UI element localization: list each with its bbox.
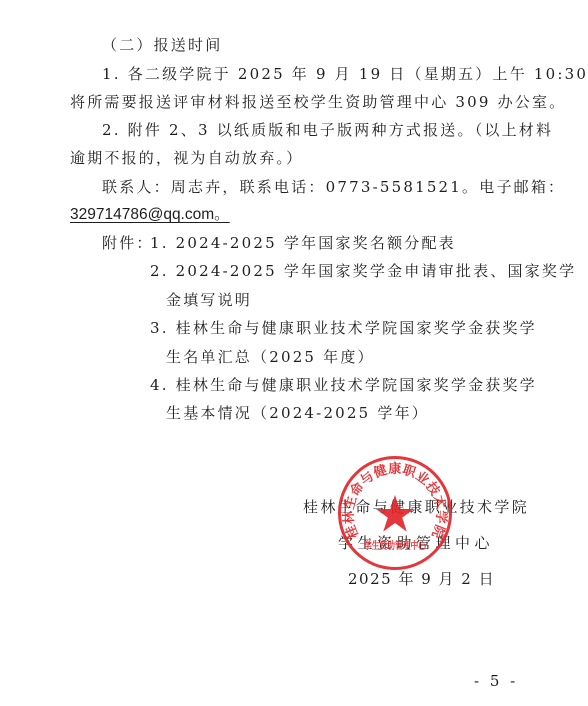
attachments-label: 附件：	[102, 233, 154, 253]
section-heading: （二）报送时间	[102, 35, 222, 55]
paragraph-2-line-2: 逾期不报的，视为自动放弃。）	[70, 148, 303, 168]
paragraph-1-line-2: 将所需要报送评审材料报送至校学生资助管理中心 309 办公室。	[70, 92, 512, 112]
attachment-item-3-cont: 生名单汇总（2025 年度）	[166, 347, 375, 367]
attachment-item-4: 4. 桂林生命与健康职业技术学院国家奖学金获奖学	[150, 375, 500, 395]
attachment-item-1: 1. 2024-2025 学年国家奖名额分配表	[150, 233, 456, 253]
attachment-item-3: 3. 桂林生命与健康职业技术学院国家奖学金获奖学	[150, 318, 512, 338]
attachment-item-4-cont: 生基本情况（2024-2025 学年）	[166, 403, 429, 423]
attachment-item-2: 2. 2024-2025 学年国家奖学金申请审批表、国家奖学	[150, 261, 512, 281]
signature-date: 2025 年 9 月 2 日	[348, 569, 495, 589]
page-number: - 5 -	[474, 671, 518, 691]
contact-line: 联系人：周志卉，联系电话：0773-5581521。电子邮箱：	[102, 177, 512, 197]
signature-department: 学生资助管理中心	[338, 533, 494, 553]
contact-email-link[interactable]: 329714786@qq.com。	[70, 205, 230, 225]
paragraph-2-line-1: 2. 附件 2、3 以纸质版和电子版两种方式报送。（以上材料	[102, 120, 512, 140]
attachment-item-2-cont: 金填写说明	[166, 290, 252, 310]
signature-institution: 桂林生命与健康职业技术学院	[303, 497, 529, 517]
paragraph-1-line-1: 1. 各二级学院于 2025 年 9 月 19 日（星期五）上午 10:30 前	[102, 64, 512, 84]
